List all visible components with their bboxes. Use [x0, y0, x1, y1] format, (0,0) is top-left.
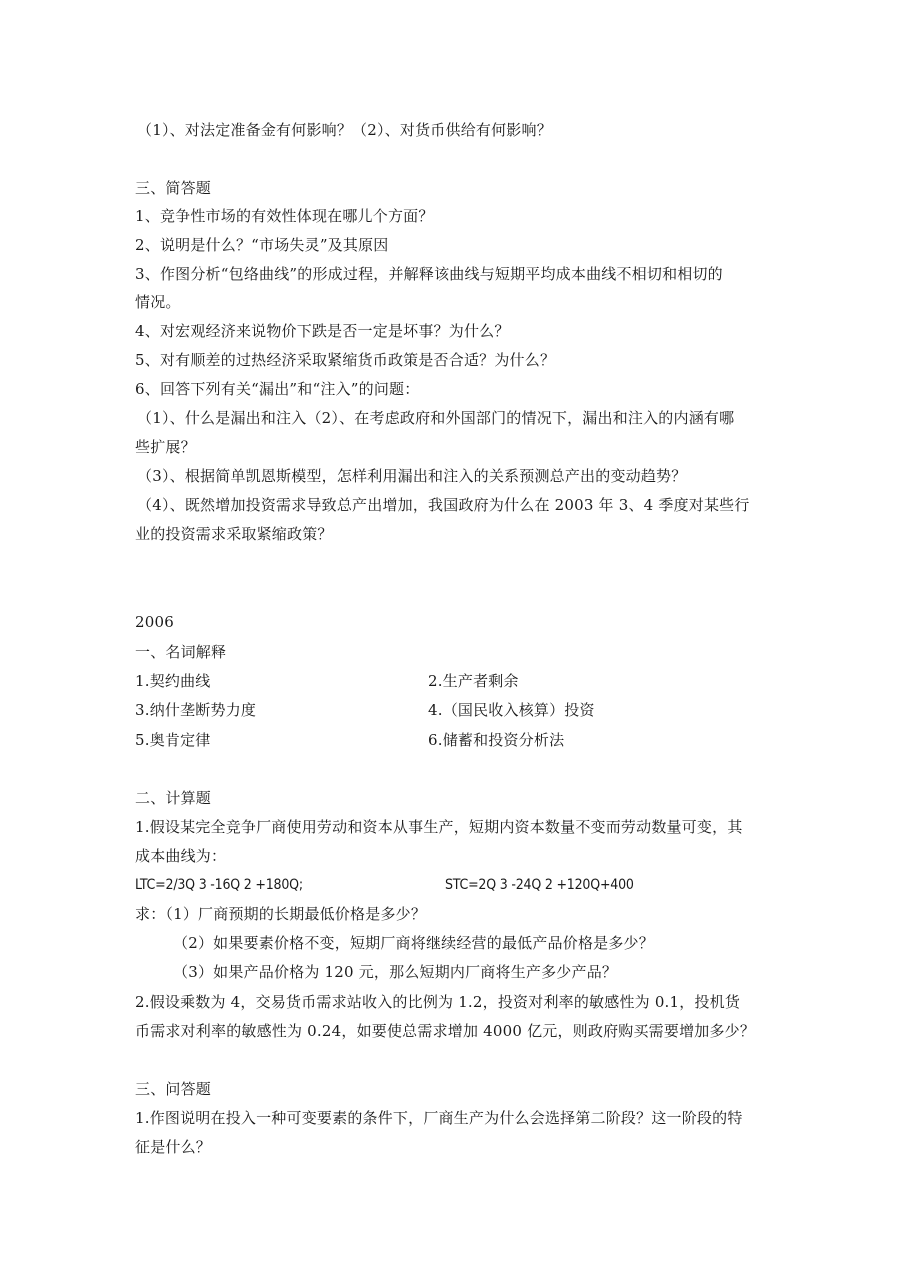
question-item: 1、竞争性市场的有效性体现在哪儿个方面？	[135, 206, 434, 226]
formula-stc: STC=2Q 3 -24Q 2 +120Q+400	[445, 875, 634, 895]
section-heading-calculation: 二、计算题	[135, 788, 211, 808]
section-heading-questions: 三、问答题	[135, 1079, 211, 1099]
question-item-continued: 情况。	[135, 292, 181, 312]
term-item: 5.奥肯定律	[135, 730, 211, 750]
term-item: 6.储蓄和投资分析法	[428, 730, 564, 750]
term-item: 2.生产者剩余	[428, 671, 519, 691]
term-item: 3.纳什垄断势力度	[135, 700, 256, 720]
question-item: 2.假设乘数为 4，交易货币需求站收入的比例为 1.2，投资对利率的敏感性为 0…	[135, 992, 740, 1012]
section-heading-short-answer: 三、简答题	[135, 178, 211, 198]
question-item-continued: 征是什么？	[135, 1137, 211, 1157]
question-item: 2、说明是什么？“市场失灵”及其原因	[135, 235, 388, 255]
question-item: 6、回答下列有关“漏出”和“注入”的问题：	[135, 379, 419, 399]
question-item: 3、作图分析“包络曲线”的形成过程，并解释该曲线与短期平均成本曲线不相切和相切的	[135, 264, 723, 284]
sub-question: （1）、什么是漏出和注入（2）、在考虑政府和外国部门的情况下，漏出和注入的内涵有…	[137, 408, 734, 428]
prev-subquestions: （1）、对法定准备金有何影响？（2）、对货币供给有何影响？	[137, 120, 552, 140]
document-page: （1）、对法定准备金有何影响？（2）、对货币供给有何影响？ 三、简答题 1、竞争…	[0, 0, 900, 1272]
sub-question-continued: 业的投资需求采取紧缩政策？	[135, 524, 333, 544]
sub-question: （2）如果要素价格不变，短期厂商将继续经营的最低产品价格是多少？	[173, 933, 654, 953]
term-item: 4.（国民收入核算）投资	[428, 700, 595, 720]
question-item-continued: 币需求对利率的敏感性为 0.24，如要使总需求增加 4000 亿元，则政府购买需…	[135, 1021, 755, 1041]
sub-question: （3）、根据简单凯恩斯模型，怎样利用漏出和注入的关系预测总产出的变动趋势？	[137, 466, 686, 486]
question-item: 1.作图说明在投入一种可变要素的条件下，厂商生产为什么会选择第二阶段？这一阶段的…	[135, 1108, 743, 1128]
sub-question-continued: 些扩展？	[135, 437, 196, 457]
term-item: 1.契约曲线	[135, 671, 211, 691]
year-heading: 2006	[135, 612, 174, 632]
question-item-continued: 成本曲线为：	[135, 846, 226, 866]
question-item: 5、对有顺差的过热经济采取紧缩货币政策是否合适？为什么？	[135, 350, 555, 370]
sub-question: （4）、既然增加投资需求导致总产出增加，我国政府为什么在 2003 年 3、4 …	[137, 495, 750, 515]
section-heading-term-definitions: 一、名词解释	[135, 642, 226, 662]
question-item: 4、对宏观经济来说物价下跌是否一定是坏事？为什么？	[135, 321, 510, 341]
sub-question: （3）如果产品价格为 120 元，那么短期内厂商将生产多少产品？	[173, 962, 617, 982]
question-item: 1.假设某完全竞争厂商使用劳动和资本从事生产，短期内资本数量不变而劳动数量可变，…	[135, 817, 743, 837]
formula-ltc: LTC=2/3Q 3 -16Q 2 +180Q;	[135, 875, 303, 895]
sub-question: 求：（1）厂商预期的长期最低价格是多少？	[135, 904, 426, 924]
